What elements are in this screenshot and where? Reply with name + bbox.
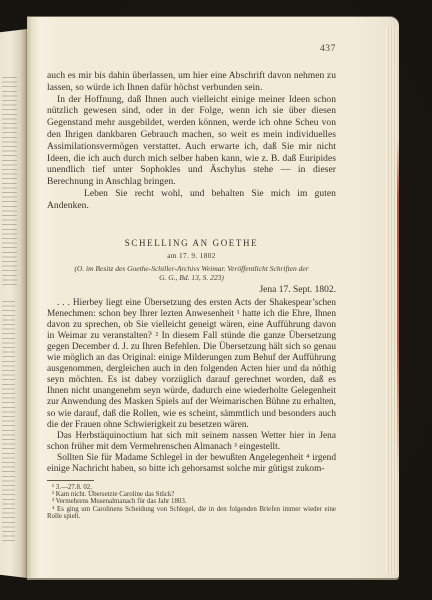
cover-edge-red: [397, 137, 399, 473]
letter-source-line1: (O. im Besitz des Goethe-Schiller-Archiv…: [47, 264, 336, 273]
book-page: 437 auch es mir bis dahin überlassen, um…: [27, 17, 399, 578]
text-column: auch es mir bis dahin überlassen, um hie…: [47, 71, 336, 520]
paragraph: In der Hoffnung, daß Ihnen auch vielleic…: [47, 95, 336, 189]
letter-source-line2: G. G., Bd. 13, S. 223): [47, 273, 336, 282]
letter-dateline: Jena 17. Sept. 1802.: [47, 285, 336, 295]
footnote: ³ Vermehrens Musenalmanach für das Jahr …: [47, 498, 336, 505]
facing-page-edge: [0, 29, 27, 578]
letter-body: . . . Hierbey liegt eine Übersetzung des…: [47, 298, 336, 476]
paragraph-continuation: auch es mir bis dahin überlassen, um hie…: [47, 71, 336, 95]
footnotes: ¹ 3.—27.8. 02. ² Kam nicht. Übersetzte C…: [47, 484, 336, 520]
letter-heading-date: am 17. 9. 1802: [47, 252, 336, 260]
letter-paragraph: Sollten Sie für Madame Schlegel in der b…: [47, 453, 336, 475]
page-content: 437 auch es mir bis dahin überlassen, um…: [47, 17, 336, 578]
footnote: ⁴ Es ging um Carolinens Scheidung von Sc…: [47, 506, 336, 520]
facing-page-ghost-text: [2, 77, 17, 287]
letter-paragraph: . . . Hierbey liegt eine Übersetzung des…: [47, 298, 336, 431]
letter-source-note: (O. im Besitz des Goethe-Schiller-Archiv…: [47, 264, 336, 282]
book-photo: 437 auch es mir bis dahin überlassen, um…: [0, 0, 432, 600]
footnote: ² Kam nicht. Übersetzte Caroline das Stü…: [47, 491, 336, 498]
letter-heading: SCHELLING AN GOETHE am 17. 9. 1802 (O. i…: [47, 238, 336, 282]
facing-page-ghost-text: [2, 301, 15, 541]
page-number: 437: [47, 44, 336, 54]
footnote: ¹ 3.—27.8. 02.: [47, 484, 336, 491]
footnote-rule: [47, 480, 94, 481]
letter-paragraph: Das Herbstäquinoctium hat sich mit seine…: [47, 431, 336, 453]
letter-heading-title: SCHELLING AN GOETHE: [47, 238, 336, 248]
letter-closing: Leben Sie recht wohl, und behalten Sie m…: [47, 189, 336, 213]
